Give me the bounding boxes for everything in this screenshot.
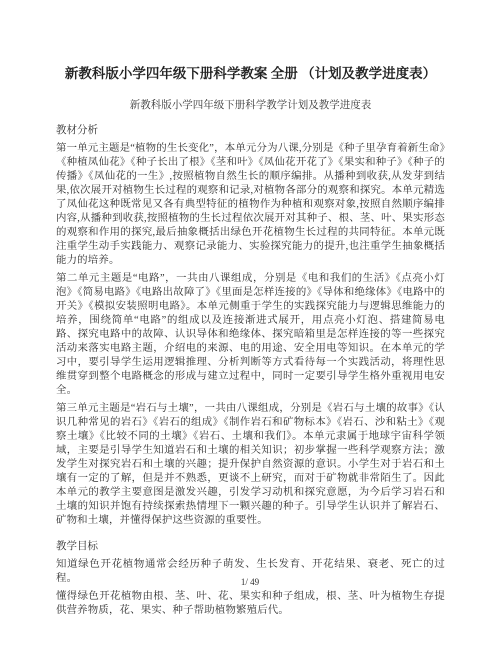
goals-paragraph-2: 懂得绿色开花植物由根、茎、叶、花、果实和种子组成，根、茎、叶为植物生存提供营养物… [56,590,445,618]
document-page: 新教科版小学四年级下册科学教案 全册 （计划及教学进度表） 新教科版小学四年级下… [0,0,500,647]
page-number-footer: 1/ 49 [0,577,500,587]
section-heading-textbook-analysis: 教材分析 [56,124,445,138]
page-title: 新教科版小学四年级下册科学教案 全册 （计划及教学进度表） [56,64,445,83]
analysis-paragraph-unit3: 第三单元主题是“岩石与土壤”，一共由八课组成，分别是《岩石与土壤的故事》《认识几… [56,402,445,528]
section-heading-teaching-goals: 教学目标 [56,540,445,554]
analysis-paragraph-unit2: 第二单元主题是“电路”，一共由八课组成，分别是《电和我们的生活》《点亮小灯泡》《… [56,272,445,398]
page-subtitle: 新教科版小学四年级下册科学教学计划及教学进度表 [56,99,445,112]
analysis-paragraph-unit1: 第一单元主题是“植物的生长变化”，本单元分为八课,分别是《种子里孕育着新生命》《… [56,142,445,268]
